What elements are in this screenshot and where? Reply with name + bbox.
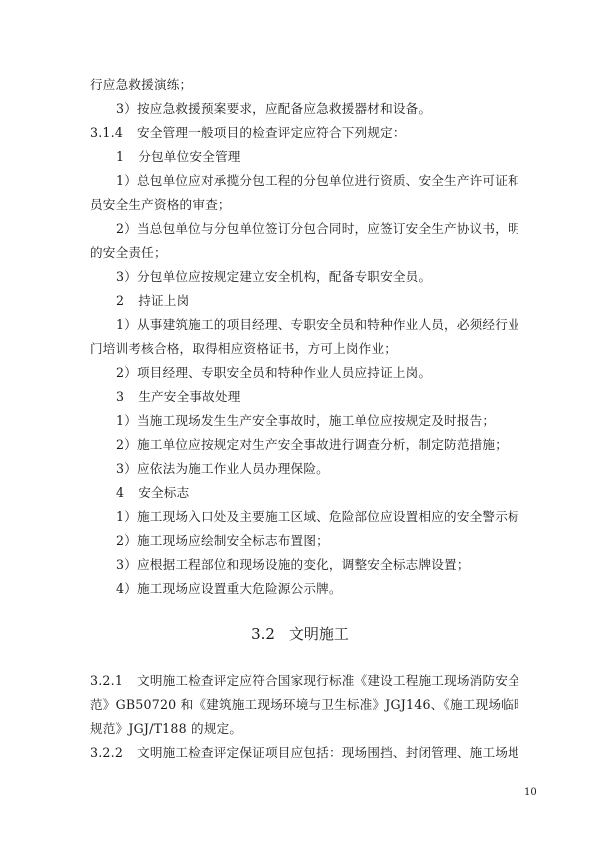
subsection-title: 3生产安全事故处理 [116,389,518,405]
list-item: 2）当总包单位与分包单位签订分包合同时，应签订安全生产协议书，明确双方 [116,221,518,237]
document-page: 行应急救援演练； 3）按应急救援预案要求，应配备应急救援器材和设备。 3.1.4… [0,0,600,848]
list-item: 3）分包单位应按规定建立安全机构，配备专职安全员。 [116,269,518,285]
section-number: 3.2 [251,625,275,643]
paragraph-line: 范》GB50720 和《建筑施工现场环境与卫生标准》JGJ146、《施工现场临时… [90,697,518,713]
list-item: 4）施工现场应设置重大危险源公示牌。 [116,581,518,597]
list-item: 3）应依法为施工作业人员办理保险。 [116,461,518,477]
subsection-title: 4安全标志 [116,485,518,501]
section-heading: 3.2文明施工 [0,624,600,644]
paragraph-line: 规范》JGJ/T188 的规定。 [90,721,518,737]
clause-number: 3.2.1 [90,673,123,688]
clause-3-1-4: 3.1.4安全管理一般项目的检查评定应符合下列规定： [90,125,518,141]
subsection-title: 1分包单位安全管理 [116,149,518,165]
clause-number: 3.1.4 [90,125,123,140]
paragraph-line: 门培训考核合格，取得相应资格证书，方可上岗作业； [90,341,518,357]
page-number: 10 [524,786,537,800]
paragraph-line: 行应急救援演练； [90,77,518,93]
list-item: 2）项目经理、专职安全员和特种作业人员应持证上岗。 [116,365,518,381]
list-item: 1）从事建筑施工的项目经理、专职安全员和特种作业人员，必须经行业主管部 [116,317,518,333]
paragraph-line: 员安全生产资格的审查； [90,197,518,213]
section-title: 文明施工 [289,625,349,643]
list-item: 1）施工现场入口处及主要施工区域、危险部位应设置相应的安全警示标志牌； [116,509,518,525]
paragraph-line: 的安全责任； [90,245,518,261]
list-item: 3）应根据工程部位和现场设施的变化，调整安全标志牌设置； [116,557,518,573]
subsection-title: 2持证上岗 [116,293,518,309]
clause-3-2-1: 3.2.1文明施工检查评定应符合国家现行标准《建设工程施工现场消防安全技术规 [90,673,518,689]
list-item: 3）按应急救援预案要求，应配备应急救援器材和设备。 [116,101,518,117]
clause-number: 3.2.2 [90,745,123,760]
list-item: 1）当施工现场发生生产安全事故时，施工单位应按规定及时报告； [116,413,518,429]
list-item: 2）施工单位应按规定对生产安全事故进行调查分析，制定防范措施； [116,437,518,453]
clause-3-2-2: 3.2.2文明施工检查评定保证项目应包括：现场围挡、封闭管理、施工场地、材料 [90,745,518,761]
list-item: 2）施工现场应绘制安全标志布置图； [116,533,518,549]
list-item: 1）总包单位应对承揽分包工程的分包单位进行资质、安全生产许可证和相关人 [116,173,518,189]
